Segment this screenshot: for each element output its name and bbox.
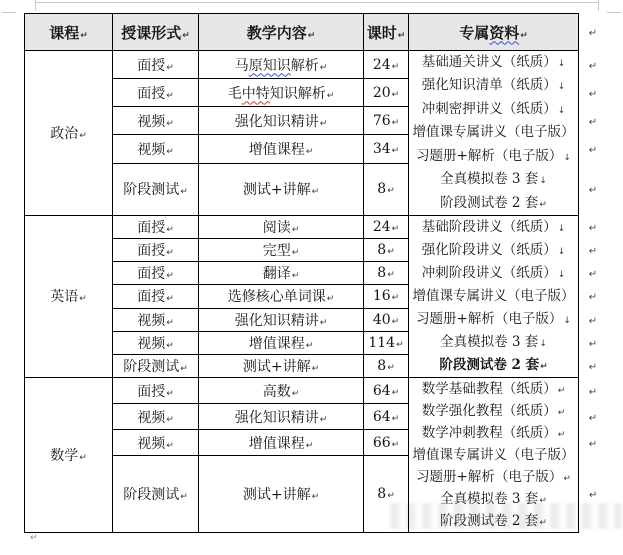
paragraph-mark-icon: ↵ bbox=[327, 91, 335, 101]
material-line: 冲刺阶段讲义（纸质）↓ bbox=[409, 262, 578, 285]
paragraph-mark-icon: ↵ bbox=[589, 413, 597, 424]
line-break-icon: ↓ bbox=[558, 106, 566, 116]
text-segment: 8 bbox=[377, 181, 386, 197]
text-segment: 增值课程 bbox=[249, 142, 305, 158]
paragraph-mark-icon: ↵ bbox=[327, 294, 335, 304]
row-end-mark: ↵ bbox=[579, 354, 607, 377]
text-segment: 数学强化教程（纸质） bbox=[422, 403, 557, 419]
paragraph-mark-icon: ↵ bbox=[539, 496, 547, 506]
form-cell: 面授↵ bbox=[113, 51, 199, 79]
text-segment: 强化知识精讲 bbox=[235, 313, 319, 329]
material-line: 强化阶段讲义（纸质）↓ bbox=[409, 239, 578, 262]
text-segment: 知识解析 bbox=[270, 86, 326, 102]
paragraph-mark-icon: ↵ bbox=[312, 187, 320, 197]
paragraph-mark-icon: ↵ bbox=[308, 31, 316, 41]
paragraph-mark-icon: ↵ bbox=[392, 317, 400, 327]
form-cell: 视频↵ bbox=[113, 308, 199, 331]
paragraph-mark-icon: ↵ bbox=[589, 185, 597, 196]
line-break-icon: ↓ bbox=[539, 176, 547, 186]
materials-cell: 数学基础教程（纸质）↵数学强化教程（纸质）↵数学冲刺教程（纸质）↵增值课专属讲义… bbox=[409, 377, 579, 532]
hours-cell: 16↵ bbox=[364, 285, 409, 308]
page-boundary-left-stub bbox=[35, 0, 36, 11]
text-segment: 冲刺密押讲义（纸质） bbox=[422, 101, 557, 117]
text-segment: 强化知识清单（纸质） bbox=[422, 77, 557, 93]
text-segment: 课程 bbox=[49, 24, 79, 42]
text-segment: 面授 bbox=[137, 384, 165, 400]
paragraph-mark-icon: ↵ bbox=[166, 318, 174, 328]
paragraph-mark-icon: ↵ bbox=[387, 186, 395, 196]
text-segment: 数学基础教程（纸质） bbox=[422, 381, 557, 397]
paragraph-mark-icon: ↵ bbox=[589, 292, 597, 303]
header-cell-3: 课时↵ bbox=[364, 14, 409, 51]
table-row: 英语↵面授↵阅读↵24↵基础阶段讲义（纸质）↓强化阶段讲义（纸质）↓冲刺阶段讲义… bbox=[25, 215, 607, 238]
paragraph-mark-icon: ↵ bbox=[166, 248, 174, 258]
text-segment: 视频 bbox=[137, 436, 165, 452]
text-segment: 面授 bbox=[137, 243, 165, 259]
header-cell-1: 授课形式↵ bbox=[113, 14, 199, 51]
material-line: 数学冲刺教程（纸质）↵ bbox=[409, 422, 578, 444]
text-segment: 视频 bbox=[137, 410, 165, 426]
text-segment: 34 bbox=[373, 141, 391, 157]
paragraph-mark-icon: ↵ bbox=[589, 316, 597, 327]
text-segment: 冲刺阶段讲义（纸质） bbox=[422, 265, 557, 281]
paragraph-mark-icon: ↵ bbox=[166, 271, 174, 281]
material-line: 增值课专属讲义（电子版） bbox=[409, 444, 578, 466]
material-line: 增值课专属讲义（电子版） bbox=[409, 121, 578, 144]
paragraph-mark-icon: ↵ bbox=[589, 339, 597, 350]
form-cell: 面授↵ bbox=[113, 285, 199, 308]
text-segment: 数学 bbox=[50, 448, 78, 464]
paragraph-mark-icon: ↵ bbox=[80, 31, 88, 41]
material-line: 全真模拟卷 3 套↵ bbox=[409, 488, 578, 510]
text-segment: 习题册+解析（电子版） bbox=[416, 311, 562, 327]
paragraph-mark-icon: ↵ bbox=[392, 146, 400, 156]
text-segment: 解析 bbox=[291, 58, 319, 74]
content-cell: 阅读↵ bbox=[199, 215, 364, 238]
text-segment: 面授 bbox=[137, 266, 165, 282]
text-segment: 40 bbox=[373, 312, 391, 328]
text-segment: 阶段测试卷 2 套 bbox=[440, 195, 538, 211]
paragraph-mark-icon: ↵ bbox=[166, 415, 174, 425]
paragraph-mark-icon: ↵ bbox=[180, 492, 188, 502]
course-cell: 英语↵ bbox=[25, 215, 113, 377]
text-segment: 阅读 bbox=[263, 220, 291, 236]
paragraph-mark-icon: ↵ bbox=[166, 341, 174, 351]
hours-cell: 64↵ bbox=[364, 404, 409, 430]
row-end-mark: ↵ bbox=[579, 456, 607, 533]
text-segment: 马 bbox=[235, 58, 249, 74]
paragraph-mark-icon: ↵ bbox=[589, 246, 597, 257]
paragraph-mark-icon: ↵ bbox=[589, 89, 597, 100]
text-segment: 资料 bbox=[489, 24, 519, 42]
text-segment: 英语 bbox=[50, 289, 78, 305]
paragraph-mark-icon: ↵ bbox=[392, 388, 400, 398]
paragraph-mark-icon: ↵ bbox=[320, 318, 328, 328]
material-line: 增值课专属讲义（电子版） bbox=[409, 285, 578, 308]
text-segment: 数学冲刺教程（纸质） bbox=[422, 425, 557, 441]
content-cell: 翻译↵ bbox=[199, 262, 364, 285]
content-cell: 增值课程↵ bbox=[199, 135, 364, 163]
form-cell: 面授↵ bbox=[113, 377, 199, 403]
paragraph-mark-icon: ↵ bbox=[30, 533, 38, 543]
material-line: 基础通关讲义（纸质）↓ bbox=[409, 51, 578, 74]
text-segment: 习题册+解析（电子版） bbox=[416, 148, 562, 164]
paragraph-mark-icon: ↵ bbox=[306, 441, 314, 451]
line-break-icon: ↓ bbox=[558, 224, 566, 234]
text-segment: 增值课专属讲义（电子版） bbox=[413, 447, 575, 463]
material-line: 阶段测试卷 2 套↵ bbox=[409, 510, 578, 532]
paragraph-mark-icon: ↵ bbox=[589, 61, 597, 72]
hours-cell: 8↵ bbox=[364, 239, 409, 262]
paragraph-mark-icon: ↵ bbox=[79, 294, 87, 304]
row-end-mark: ↵ bbox=[579, 107, 607, 135]
text-segment: 测试+讲解 bbox=[243, 359, 311, 375]
page-boundary-left-mark bbox=[2, 12, 16, 13]
row-end-mark: ↵ bbox=[579, 285, 607, 308]
materials-cell: 基础通关讲义（纸质）↓强化知识清单（纸质）↓冲刺密押讲义（纸质）↓增值课专属讲义… bbox=[409, 51, 579, 216]
row-end-mark: ↵ bbox=[579, 215, 607, 238]
content-cell: 测试+讲解↵ bbox=[199, 354, 364, 377]
content-cell: 强化知识精讲↵ bbox=[199, 308, 364, 331]
text-segment: 视频 bbox=[137, 313, 165, 329]
form-cell: 视频↵ bbox=[113, 404, 199, 430]
content-cell: 强化知识精讲↵ bbox=[199, 107, 364, 135]
content-cell: 增值课程↵ bbox=[199, 430, 364, 456]
paragraph-mark-icon: ↵ bbox=[392, 118, 400, 128]
content-cell: 测试+讲解↵ bbox=[199, 456, 364, 533]
content-cell: 完型↵ bbox=[199, 239, 364, 262]
paragraph-mark-icon: ↵ bbox=[79, 453, 87, 463]
paragraph-mark-icon: ↵ bbox=[79, 131, 87, 141]
material-line: 阶段测试卷 2 套↵ bbox=[409, 192, 578, 215]
text-segment: 翻译 bbox=[263, 266, 291, 282]
paragraph-mark-icon: ↵ bbox=[392, 414, 400, 424]
text-segment: 完型 bbox=[263, 243, 291, 259]
text-segment: 中特 bbox=[242, 86, 270, 102]
hours-cell: 66↵ bbox=[364, 430, 409, 456]
row-end-mark: ↵ bbox=[579, 430, 607, 456]
paragraph-mark-icon: ↵ bbox=[539, 518, 547, 528]
page-boundary-top-line bbox=[35, 2, 598, 3]
paragraph-mark-icon: ↵ bbox=[387, 491, 395, 501]
text-segment: 高数 bbox=[263, 384, 291, 400]
text-segment: 面授 bbox=[137, 58, 165, 74]
page-boundary-right-stub bbox=[598, 0, 599, 11]
form-cell: 面授↵ bbox=[113, 239, 199, 262]
form-cell: 视频↵ bbox=[113, 107, 199, 135]
paragraph-mark-icon: ↵ bbox=[398, 31, 406, 41]
paragraph-mark-icon: ↵ bbox=[292, 271, 300, 281]
paragraph-mark-icon: ↵ bbox=[166, 91, 174, 101]
text-segment: 阶段测试卷 2 套 bbox=[439, 357, 539, 373]
text-segment: 政治 bbox=[50, 126, 78, 142]
paragraph-mark-icon: ↵ bbox=[392, 440, 400, 450]
paragraph-mark-icon: ↵ bbox=[589, 269, 597, 280]
paragraph-mark-icon: ↵ bbox=[387, 363, 395, 373]
row-end-mark: ↵ bbox=[579, 135, 607, 163]
text-segment: 8 bbox=[377, 358, 386, 374]
text-segment: 视频 bbox=[137, 336, 165, 352]
text-segment: 24 bbox=[373, 57, 391, 73]
paragraph-mark-icon: ↵ bbox=[589, 439, 597, 450]
row-end-mark: ↵ bbox=[579, 51, 607, 79]
hours-cell: 8↵ bbox=[364, 456, 409, 533]
text-segment: 教学内容 bbox=[247, 24, 307, 42]
paragraph-mark-icon: ↵ bbox=[306, 147, 314, 157]
paragraph-mark-icon: ↵ bbox=[182, 31, 190, 41]
paragraph-mark-icon: ↵ bbox=[392, 62, 400, 72]
paragraph-mark-icon: ↵ bbox=[387, 247, 395, 257]
line-break-icon: ↓ bbox=[558, 82, 566, 92]
hours-cell: 40↵ bbox=[364, 308, 409, 331]
paragraph-mark-icon: ↵ bbox=[563, 474, 571, 484]
text-segment: 选修核心单词课 bbox=[228, 289, 326, 305]
row-end-mark: ↵ bbox=[579, 377, 607, 403]
text-segment: 增值课程 bbox=[249, 436, 305, 452]
form-cell: 阶段测试↵ bbox=[113, 456, 199, 533]
text-segment: 64 bbox=[373, 383, 391, 399]
text-segment: 增值课程 bbox=[249, 336, 305, 352]
text-segment: 强化知识精讲 bbox=[235, 114, 319, 130]
material-line: 全真模拟卷 3 套↓ bbox=[409, 331, 578, 354]
paragraph-mark-icon: ↵ bbox=[387, 270, 395, 280]
paragraph-mark-icon: ↵ bbox=[396, 340, 404, 350]
materials-cell: 基础阶段讲义（纸质）↓强化阶段讲义（纸质）↓冲刺阶段讲义（纸质）↓增值课专属讲义… bbox=[409, 215, 579, 377]
text-segment: 强化阶段讲义（纸质） bbox=[422, 242, 557, 258]
hours-cell: 114↵ bbox=[364, 331, 409, 354]
paragraph-mark-icon: ↵ bbox=[180, 364, 188, 374]
paragraph-mark-icon: ↵ bbox=[589, 387, 597, 398]
text-segment: 视频 bbox=[137, 114, 165, 130]
form-cell: 面授↵ bbox=[113, 215, 199, 238]
hours-cell: 76↵ bbox=[364, 107, 409, 135]
paragraph-mark-icon: ↵ bbox=[589, 28, 597, 39]
form-cell: 阶段测试↵ bbox=[113, 354, 199, 377]
course-table: 课程↵授课形式↵教学内容↵课时↵专属资料↵↵政治↵面授↵马原知识解析↵24↵基础… bbox=[24, 13, 607, 533]
paragraph-mark-icon: ↵ bbox=[306, 341, 314, 351]
text-segment: 视频 bbox=[137, 142, 165, 158]
page-boundary-right-mark bbox=[607, 12, 621, 13]
line-break-icon: ↓ bbox=[558, 59, 566, 69]
line-break-icon: ↓ bbox=[563, 316, 571, 326]
text-segment: 增值课专属讲义（电子版） bbox=[413, 288, 575, 304]
text-segment: 114 bbox=[368, 335, 395, 351]
content-cell: 测试+讲解↵ bbox=[199, 163, 364, 215]
paragraph-mark-icon: ↵ bbox=[539, 200, 547, 210]
hours-cell: 34↵ bbox=[364, 135, 409, 163]
hours-cell: 64↵ bbox=[364, 377, 409, 403]
paragraph-mark-icon: ↵ bbox=[589, 223, 597, 234]
text-segment: 阶段测试卷 2 套 bbox=[440, 513, 538, 529]
hours-cell: 20↵ bbox=[364, 79, 409, 107]
paragraph-mark-icon: ↵ bbox=[292, 225, 300, 235]
paragraph-mark-icon: ↵ bbox=[320, 119, 328, 129]
text-segment: 毛 bbox=[228, 86, 242, 102]
paragraph-mark-icon: ↵ bbox=[589, 362, 597, 373]
form-cell: 面授↵ bbox=[113, 262, 199, 285]
text-segment: 20 bbox=[373, 85, 391, 101]
paragraph-mark-icon: ↵ bbox=[558, 386, 566, 396]
paragraph-mark-icon: ↵ bbox=[166, 441, 174, 451]
text-segment: 基础通关讲义（纸质） bbox=[422, 54, 557, 70]
paragraph-mark-icon: ↵ bbox=[312, 364, 320, 374]
text-segment: 阶段测试 bbox=[123, 182, 179, 198]
paragraph-mark-icon: ↵ bbox=[558, 430, 566, 440]
text-segment: 授课形式 bbox=[121, 24, 181, 42]
paragraph-mark-icon: ↵ bbox=[166, 63, 174, 73]
text-segment: 阶段测试 bbox=[123, 359, 179, 375]
text-segment: 全真模拟卷 3 套 bbox=[440, 491, 538, 507]
material-line: 强化知识清单（纸质）↓ bbox=[409, 74, 578, 97]
text-segment: 8 bbox=[377, 265, 386, 281]
table-row: 政治↵面授↵马原知识解析↵24↵基础通关讲义（纸质）↓强化知识清单（纸质）↓冲刺… bbox=[25, 51, 607, 79]
paragraph-mark-icon: ↵ bbox=[589, 117, 597, 128]
text-segment: 76 bbox=[373, 113, 391, 129]
material-line: 习题册+解析（电子版）↓ bbox=[409, 145, 578, 168]
text-segment: 测试+讲解 bbox=[243, 487, 311, 503]
paragraph-mark-icon: ↵ bbox=[540, 362, 548, 372]
text-segment: 8 bbox=[377, 242, 386, 258]
header-cell-2: 教学内容↵ bbox=[199, 14, 364, 51]
material-line: 数学基础教程（纸质）↵ bbox=[409, 378, 578, 400]
text-segment: 8 bbox=[377, 486, 386, 502]
paragraph-mark-icon: ↵ bbox=[166, 119, 174, 129]
paragraph-mark-icon: ↵ bbox=[558, 408, 566, 418]
content-cell: 马原知识解析↵ bbox=[199, 51, 364, 79]
hours-cell: 8↵ bbox=[364, 262, 409, 285]
form-cell: 视频↵ bbox=[113, 135, 199, 163]
content-cell: 强化知识精讲↵ bbox=[199, 404, 364, 430]
form-cell: 面授↵ bbox=[113, 79, 199, 107]
paragraph-mark-icon: ↵ bbox=[166, 225, 174, 235]
material-line: 阶段测试卷 2 套↵ bbox=[409, 354, 578, 377]
hours-cell: 24↵ bbox=[364, 51, 409, 79]
material-line: 数学强化教程（纸质）↵ bbox=[409, 400, 578, 422]
paragraph-mark-icon: ↵ bbox=[320, 63, 328, 73]
line-break-icon: ↓ bbox=[563, 153, 571, 163]
hours-cell: 24↵ bbox=[364, 215, 409, 238]
text-segment: 课时 bbox=[367, 24, 397, 42]
row-end-mark: ↵ bbox=[579, 308, 607, 331]
text-segment: 66 bbox=[373, 435, 391, 451]
paragraph-mark-icon: ↵ bbox=[166, 294, 174, 304]
paragraph-mark-icon: ↵ bbox=[392, 293, 400, 303]
text-segment: 24 bbox=[373, 219, 391, 235]
paragraph-mark-icon: ↵ bbox=[392, 90, 400, 100]
text-segment: 全真模拟卷 3 套 bbox=[440, 334, 538, 350]
paragraph-mark-icon: ↵ bbox=[312, 492, 320, 502]
text-segment: 全真模拟卷 3 套 bbox=[440, 171, 538, 187]
text-segment: 测试+讲解 bbox=[243, 182, 311, 198]
text-segment: 阶段测试 bbox=[123, 487, 179, 503]
paragraph-mark-icon: ↵ bbox=[166, 389, 174, 399]
paragraph-mark-icon: ↵ bbox=[589, 145, 597, 156]
paragraph-mark-icon: ↵ bbox=[320, 415, 328, 425]
paragraph-mark-icon: ↵ bbox=[520, 31, 528, 41]
form-cell: 视频↵ bbox=[113, 331, 199, 354]
content-cell: 选修核心单词课↵ bbox=[199, 285, 364, 308]
form-cell: 阶段测试↵ bbox=[113, 163, 199, 215]
material-line: 习题册+解析（电子版）↓ bbox=[409, 308, 578, 331]
line-break-icon: ↓ bbox=[558, 247, 566, 257]
row-end-mark: ↵ bbox=[579, 239, 607, 262]
text-segment: 原知识 bbox=[249, 58, 291, 74]
text-segment: 面授 bbox=[137, 289, 165, 305]
material-line: 冲刺密押讲义（纸质）↓ bbox=[409, 98, 578, 121]
text-segment: 面授 bbox=[137, 220, 165, 236]
form-cell: 视频↵ bbox=[113, 430, 199, 456]
row-end-mark: ↵ bbox=[579, 14, 607, 51]
material-line: 习题册+解析（电子版）↵ bbox=[409, 466, 578, 488]
line-break-icon: ↓ bbox=[539, 339, 547, 349]
content-cell: 毛中特知识解析↵ bbox=[199, 79, 364, 107]
content-cell: 增值课程↵ bbox=[199, 331, 364, 354]
row-end-mark: ↵ bbox=[579, 331, 607, 354]
course-cell: 数学↵ bbox=[25, 377, 113, 532]
header-cell-4: 专属资料↵ bbox=[409, 14, 579, 51]
text-segment: 专属 bbox=[459, 24, 489, 42]
row-end-mark: ↵ bbox=[579, 79, 607, 107]
material-line: 基础阶段讲义（纸质）↓ bbox=[409, 216, 578, 239]
row-end-mark: ↵ bbox=[579, 404, 607, 430]
course-cell: 政治↵ bbox=[25, 51, 113, 216]
text-segment: 增值课专属讲义（电子版） bbox=[413, 124, 575, 140]
row-end-mark: ↵ bbox=[579, 262, 607, 285]
text-segment: 习题册+解析（电子版） bbox=[416, 469, 562, 485]
text-segment: 64 bbox=[373, 409, 391, 425]
paragraph-mark-icon: ↵ bbox=[180, 187, 188, 197]
text-segment: 面授 bbox=[137, 86, 165, 102]
row-end-mark: ↵ bbox=[579, 163, 607, 215]
paragraph-mark-icon: ↵ bbox=[292, 248, 300, 258]
header-row: 课程↵授课形式↵教学内容↵课时↵专属资料↵↵ bbox=[25, 14, 607, 51]
hours-cell: 8↵ bbox=[364, 163, 409, 215]
text-segment: 强化知识精讲 bbox=[235, 410, 319, 426]
hours-cell: 8↵ bbox=[364, 354, 409, 377]
text-segment: 基础阶段讲义（纸质） bbox=[422, 219, 557, 235]
line-break-icon: ↓ bbox=[558, 270, 566, 280]
paragraph-mark-icon: ↵ bbox=[166, 147, 174, 157]
content-cell: 高数↵ bbox=[199, 377, 364, 403]
text-segment: 16 bbox=[373, 288, 391, 304]
table-row: 数学↵面授↵高数↵64↵数学基础教程（纸质）↵数学强化教程（纸质）↵数学冲刺教程… bbox=[25, 377, 607, 403]
material-line: 全真模拟卷 3 套↓ bbox=[409, 168, 578, 191]
paragraph-mark-icon: ↵ bbox=[589, 490, 597, 501]
header-cell-0: 课程↵ bbox=[25, 14, 113, 51]
paragraph-mark-icon: ↵ bbox=[392, 224, 400, 234]
paragraph-mark-icon: ↵ bbox=[292, 389, 300, 399]
